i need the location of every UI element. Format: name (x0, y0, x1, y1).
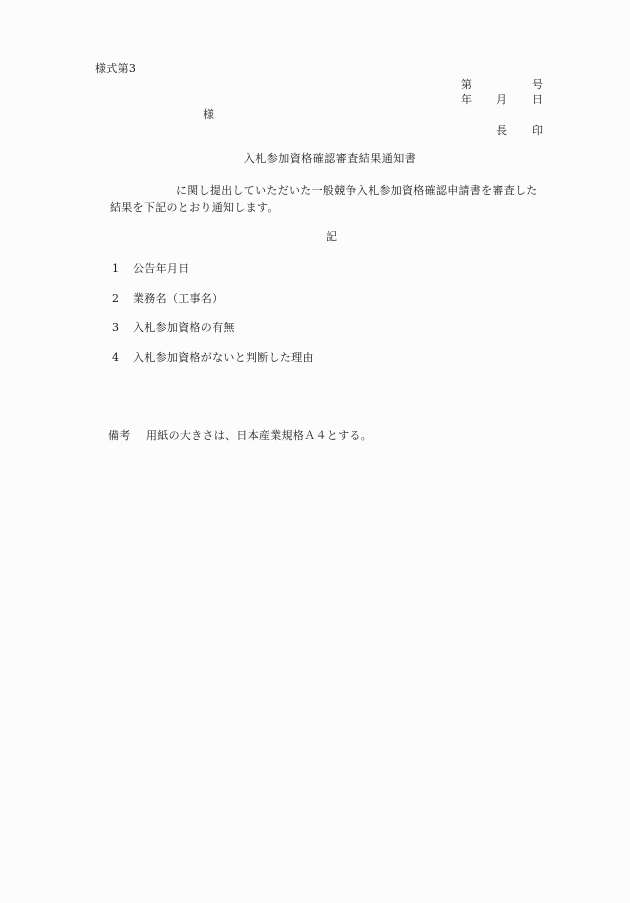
remark-label: 備考 (108, 430, 131, 441)
item-number: 2 (112, 293, 119, 304)
document-page: 様式第3 第 号 年 月 日 様 長 印 入札参加資格確認審査結果通知書 に関し… (0, 0, 630, 903)
body-line-1: に関し提出していただいた一般競争入札参加資格確認申請書を審査した (176, 185, 538, 196)
item-number: 1 (112, 263, 119, 274)
item-label: 業務名（工事名） (133, 293, 223, 304)
date-month: 月 (496, 94, 507, 105)
item-number: 3 (112, 322, 119, 333)
body-line-2: 結果を下記のとおり通知します。 (110, 202, 279, 213)
remark-text: 用紙の大きさは、日本産業規格Ａ４とする。 (146, 430, 372, 441)
item-number: 4 (112, 352, 119, 363)
date-year: 年 (461, 94, 472, 105)
date-day: 日 (532, 94, 543, 105)
item-label: 公告年月日 (133, 263, 190, 274)
number-prefix: 第 (461, 79, 472, 90)
number-suffix: 号 (532, 79, 543, 90)
sender-title: 長 (496, 125, 507, 136)
form-number: 様式第3 (95, 63, 136, 74)
addressee-suffix: 様 (203, 109, 214, 120)
ki-heading: 記 (326, 231, 337, 242)
item-label: 入札参加資格の有無 (133, 322, 235, 333)
item-label: 入札参加資格がないと判断した理由 (133, 352, 314, 363)
document-title: 入札参加資格確認審査結果通知書 (0, 153, 630, 164)
seal-mark: 印 (532, 125, 543, 136)
